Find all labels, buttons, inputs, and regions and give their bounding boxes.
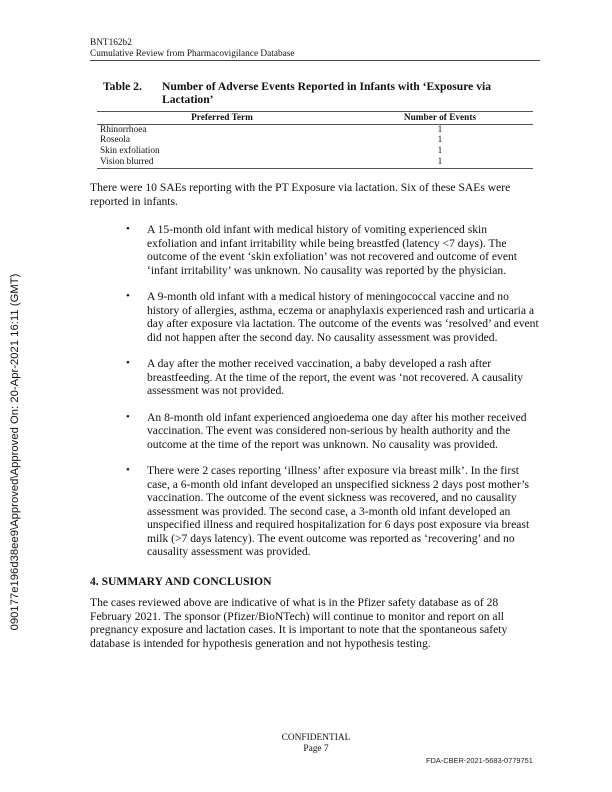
summary-paragraph: The cases reviewed above are indicative …	[90, 596, 540, 650]
column-header-number-of-events: Number of Events	[347, 112, 533, 125]
table-row: Roseola 1	[97, 135, 533, 146]
bullet-icon: •	[126, 290, 130, 304]
event-count-cell: 1	[347, 157, 533, 168]
table-header-row: Preferred Term Number of Events	[97, 112, 533, 125]
event-count-cell: 1	[347, 124, 533, 135]
approval-stamp: 090177e196d38ee9\Approved\Approved On: 2…	[9, 274, 21, 631]
preferred-term-cell: Rhinorrhoea	[97, 124, 347, 135]
bullet-icon: •	[126, 411, 130, 425]
table-caption-text: Number of Adverse Events Reported in Inf…	[162, 80, 533, 106]
table-row: Vision blurred 1	[97, 157, 533, 168]
list-item: • A day after the mother received vaccin…	[126, 357, 540, 398]
document-title: Cumulative Review from Pharmacovigilance…	[90, 49, 540, 60]
page-header: BNT162b2 Cumulative Review from Pharmaco…	[90, 38, 540, 61]
bullet-icon: •	[126, 464, 130, 478]
event-count-cell: 1	[347, 146, 533, 157]
case-description: There were 2 cases reporting ‘illness’ a…	[147, 464, 529, 558]
case-list: • A 15-month old infant with medical his…	[126, 223, 540, 572]
page-number: Page 7	[0, 744, 612, 755]
table-number: Table 2.	[103, 80, 162, 106]
section-heading: 4. SUMMARY AND CONCLUSION	[90, 575, 271, 588]
preferred-term-cell: Skin exfoliation	[97, 146, 347, 157]
table-row: Skin exfoliation 1	[97, 146, 533, 157]
list-item: • There were 2 cases reporting ‘illness’…	[126, 464, 540, 559]
intro-paragraph: There were 10 SAEs reporting with the PT…	[90, 181, 540, 208]
list-item: • An 8-month old infant experienced angi…	[126, 411, 540, 452]
confidential-label: CONFIDENTIAL	[0, 733, 612, 744]
bullet-icon: •	[126, 223, 130, 237]
document-id: FDA-CBER-2021-5683-0779751	[426, 756, 533, 765]
list-item: • A 9-month old infant with a medical hi…	[126, 290, 540, 344]
adverse-events-table: Preferred Term Number of Events Rhinorrh…	[97, 111, 533, 169]
case-description: A 9-month old infant with a medical hist…	[147, 290, 539, 344]
bullet-icon: •	[126, 357, 130, 371]
table-caption: Table 2. Number of Adverse Events Report…	[103, 80, 533, 106]
list-item: • A 15-month old infant with medical his…	[126, 223, 540, 277]
event-count-cell: 1	[347, 135, 533, 146]
preferred-term-cell: Roseola	[97, 135, 347, 146]
column-header-preferred-term: Preferred Term	[97, 112, 347, 125]
product-name: BNT162b2	[90, 38, 540, 49]
page-footer: CONFIDENTIAL Page 7	[0, 733, 612, 755]
preferred-term-cell: Vision blurred	[97, 157, 347, 168]
case-description: An 8-month old infant experienced angioe…	[147, 411, 527, 451]
table-row: Rhinorrhoea 1	[97, 124, 533, 135]
case-description: A 15-month old infant with medical histo…	[147, 223, 517, 277]
case-description: A day after the mother received vaccinat…	[147, 357, 523, 397]
